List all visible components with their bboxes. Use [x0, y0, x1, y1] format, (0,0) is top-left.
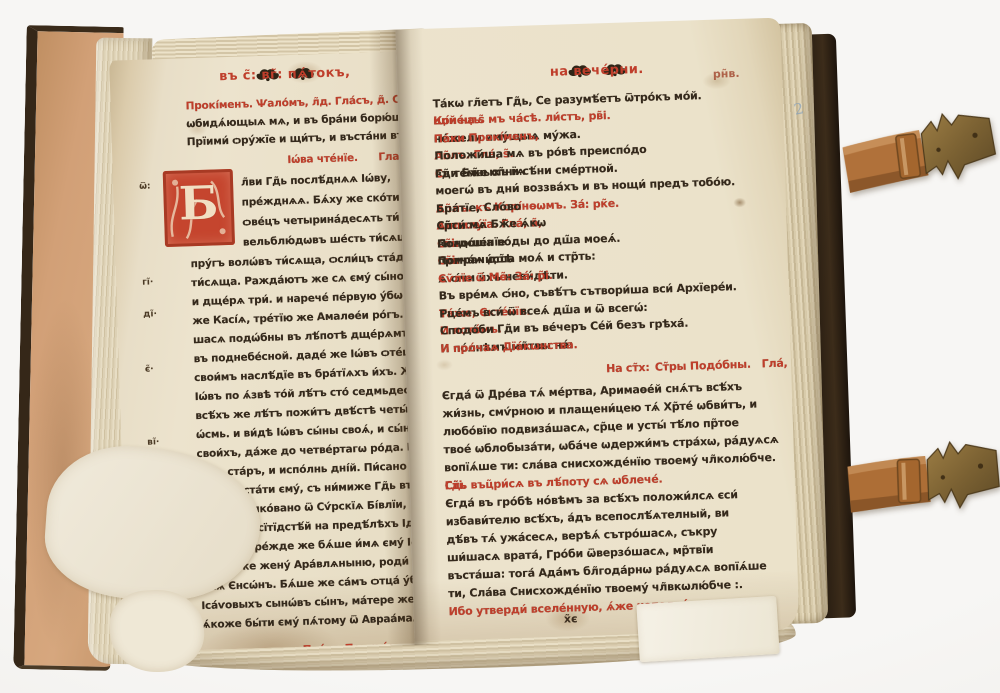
text-line: На ст̃х: Ст̃ры Подо́бны. Гла́, в̃.	[441, 358, 771, 368]
margin-note: ві̃·	[147, 437, 160, 447]
body-text: ѻве́цъ четырина́десѧть ти́	[242, 213, 399, 228]
body-text: Въ вре́мѧ ѻ́но, съвѣ́тъ сътвори́ша вси́ …	[439, 281, 737, 301]
right-page: на вече́рни. рн̃в. Та́кѡ гл̃етъ Гд̃ь, Се…	[395, 18, 799, 642]
body-text: свои́мъ наслѣ́дїе въ бра́тїѧхъ и́хъ. Жи́…	[194, 366, 415, 384]
body-text: ти, Сла́ва Снисхожде́нїю твоему́ чл̃вкѡл…	[448, 579, 743, 599]
body-text: пре́жднѧѧ. Бѧ́ху же ско́ти	[242, 193, 400, 208]
body-text: Рце́мъ вси́ ѿ всеѧ́ дш̃а и ѿ всегѡ́:	[439, 302, 648, 320]
photo-of-open-antique-book: 2 въ с̃: вг̃: пѧ́токъ, Б Прокі́менъ. Ѱал…	[0, 0, 1000, 693]
body-text: Та́кѡ гл̃етъ Гд̃ь, Се разумѣ́етъ ѿтро́къ…	[433, 90, 702, 109]
body-text: избави́телю всѣ́хъ, а́дъ всепослѣ́ѧтелны…	[446, 507, 729, 527]
body-text: и дще́рѧ три́. и нарече́ пе́рвую у́бѡ де…	[192, 289, 415, 308]
bottom-clasp-strap	[845, 435, 1000, 526]
body-text: Гд̃и Бж̃е сп̃нїѧ	[435, 166, 525, 180]
decorated-initial: Б	[163, 169, 235, 247]
rubric-text: Гд̃ь въц̃ри́сѧ въ лѣ́поту сѧ ѡблече́.	[445, 474, 663, 492]
body-text: ти́сѧща. Ражда́ютъ же сѧ єму́ сы́нове	[191, 271, 415, 289]
rubric-text: Коне́цъ.	[433, 114, 484, 127]
rubric-text: На ст̃х: Ст̃ры Подо́бны. Гла́, в̃.	[606, 357, 799, 374]
repair-patch-label	[636, 596, 779, 662]
left-running-head: въ с̃: вг̃: пѧ́токъ,	[170, 64, 400, 86]
margin-note: ѿ:	[139, 181, 151, 191]
body-text: Іѡ́въ по ѧ́звѣ то́й лѣ́тъ сто́ седмьдесѧ	[195, 385, 415, 403]
body-text: въ поднебе́сной. даде́ же Іѡ́въ ѻте́цъ д…	[193, 346, 414, 364]
rubric-text: И про́чаѧ Дїа́кѡнства.	[440, 339, 577, 354]
body-text: шасѧ подѡ́бны въ лѣ́потѣ дще́рѧмъ Іѡ́влѧ…	[193, 327, 415, 346]
body-text: Єгда́ ѿ Дре́ва тѧ́ ме́ртва, Аримаѳе́й сн…	[442, 381, 742, 401]
folio-number: рн̃в.	[713, 67, 740, 81]
text-line: Іѡ́ва чте́нїе. Глава́,	[172, 152, 402, 159]
body-text: моегѡ́ въ дни́ воззва́хъ и въ нощи́ пред…	[435, 176, 735, 196]
body-text: свои́хъ, да́же до четве́ртагѡ ро́да. И с…	[196, 441, 414, 459]
body-text: Сподо́би Гд̃и въ ве́черъ Се́й безъ грѣха…	[440, 318, 689, 337]
left-page-title: въ с̃: вг̃: пѧ́токъ,	[219, 65, 351, 84]
body-text: Сп̃си́ мѧ Бж̃е ѧ́кѡ	[436, 217, 546, 231]
body-text: всѣ́хъ же лѣ́тъ пожи́тъ двѣ́стѣ четы́ре	[195, 404, 414, 422]
right-page-title: на вече́рни.	[550, 62, 644, 80]
rubric-text: Па́ки Прокі́менъ,	[434, 130, 539, 144]
margin-note: гі̃·	[142, 277, 154, 287]
margin-note: є̃·	[145, 364, 154, 374]
body-text: любо́вїю подвиза́шасѧ, ср̃це и усты́ тѣ́…	[443, 417, 739, 437]
body-text: Поноше́нїе	[437, 236, 505, 249]
rubric-text: Прокі́менъ. Ѱало́мъ, л̃д. Гла́съ, д̃. Су…	[185, 94, 414, 112]
body-text: л̃ви Гд̃ь послѣ́днѧѧ Іѡ́ву,	[241, 173, 391, 188]
body-text: ѡбидѧ́ющыѧ мѧ, и въ бра́ни борю́щїѧ мѧ.	[186, 111, 415, 129]
body-text: Іса́ѵовыхъ сынѡ́въ сы́нъ, ма́тере же Вос…	[201, 593, 414, 612]
initial-letter: Б	[163, 175, 235, 231]
body-text: Помрачи́стѣ	[437, 253, 513, 266]
body-text: вопїѧ́ше ти: сла́ва снисхожде́нїю твоему…	[444, 452, 776, 473]
body-text: Бра́тїе, Сло́во	[436, 201, 521, 215]
body-text: пру́гъ волѡ́въ ти́сѧща, ѻсли́цъ ста́д	[190, 253, 404, 270]
body-text: дѣ́въ тѧ́ ужа́сесѧ, верѣѧ́ сътро́шасѧ, с…	[446, 526, 717, 546]
margin-note: ді̃·	[143, 309, 157, 319]
body-text: ши́шасѧ врата́, Гро́би ѿверзо́шасѧ, мр̃т…	[447, 544, 714, 563]
body-text: ѧ́коже бы́ти єму́ пѧ́тому ѿ Авраа́ма.	[202, 613, 415, 630]
rubric-text: Іѡ́ва чте́нїе. Глава́,	[287, 151, 414, 166]
body-text: ѡ́смь. и ви́дѣ Іѡ́въ сы́ны своѧ́, и сы́н…	[196, 423, 415, 441]
body-text: Єгда́ въ гро́бѣ но́вѣмъ за всѣ́хъ положи…	[445, 489, 738, 509]
quire-signature: х̃є	[564, 612, 578, 625]
body-text: же Касі́ѧ, тре́тїю же Амалѳе́и ро́гъ. И …	[192, 307, 414, 327]
rubric-text: Єѵ̃лїе ѿ Мѳ̃: За́: р̃і.	[438, 270, 553, 285]
body-text: Положи́ша мѧ въ ро́вѣ преиспо́до	[434, 144, 647, 162]
body-text: вельблю́дѡвъ ше́сть ти́сѧщъ,	[243, 232, 415, 248]
top-clasp-strap	[837, 103, 1000, 208]
body-text: Прїими́ ѻру́жїе и щи́тъ, и въста́ни въ п…	[187, 129, 415, 147]
